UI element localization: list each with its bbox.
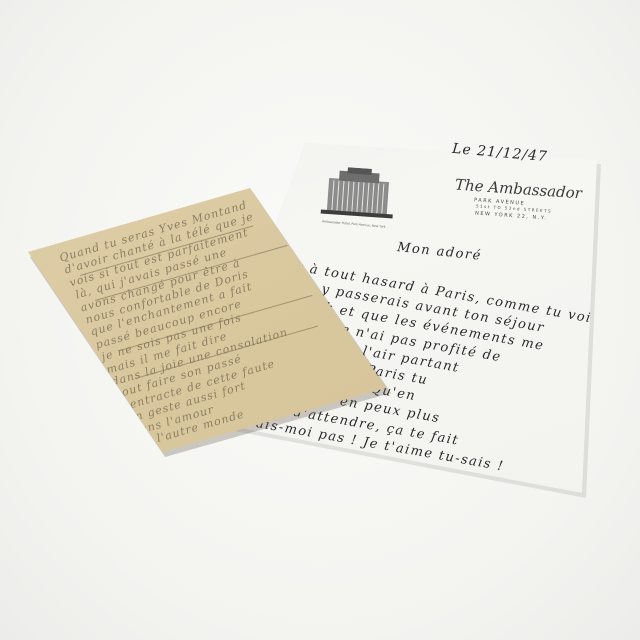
tan-handwritten-letter: Quand tu seras Yves Montandd'avoir chant…: [0, 0, 640, 640]
tan-letter-body: Quand tu seras Yves Montandd'avoir chant…: [0, 0, 640, 640]
photo-scene: Ambassador Hotel, Park Avenue, New York …: [0, 0, 640, 640]
